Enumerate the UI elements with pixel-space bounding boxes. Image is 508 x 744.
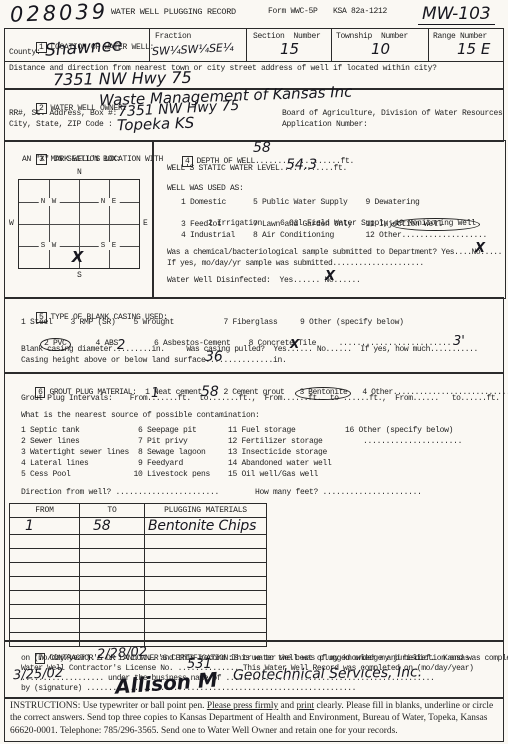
contamination-sources-row3: 3 Watertight sewer lines 8 Sewage lagoon… — [21, 448, 327, 458]
press-firmly-underlined: Please press firmly — [207, 701, 278, 711]
contamination-question: What is the nearest source of possible c… — [21, 411, 260, 421]
compass-west-label: W — [9, 219, 14, 228]
casing-height-line: Casing height above or below land surfac… — [21, 356, 287, 366]
uses-row3: 3 Feedlot 7 Lawn and Garden Only 11 Inje… — [181, 220, 442, 230]
application-number-label: Application Number: — [282, 120, 368, 130]
disinfected-no-mark: X — [325, 270, 335, 283]
board-of-agriculture-label: Board of Agriculture, Division of Water … — [282, 109, 503, 119]
serial-number-handwritten: 028039 — [10, 1, 109, 25]
section2-owner: 2WATER WELL OWNER: Waste Management of K… — [4, 88, 504, 142]
well-id-handwritten: MW-103 — [418, 6, 495, 25]
contamination-sources-row4: 4 Lateral lines 9 Feedyard 14 Abandoned … — [21, 459, 332, 469]
city-state-zip-value: Topeka KS — [117, 116, 195, 134]
grid-se-label: S E — [99, 242, 120, 250]
fraction-value: SW¼SW¼SE¼ — [152, 42, 234, 57]
casing-pulled-how-much-value: 3' — [453, 335, 465, 348]
contractor-signature: Allison M — [114, 669, 218, 696]
instructions-box: INSTRUCTIONS: Use typewriter or ball poi… — [4, 697, 504, 742]
col-materials: PLUGGING MATERIALS — [145, 504, 267, 518]
form-number: Form WWC-5P — [268, 7, 318, 17]
well-location-x-mark: X — [72, 250, 84, 265]
county-label: County: — [9, 48, 41, 58]
plugging-table: FROM TO PLUGGING MATERIALS 1 58 Bentonit… — [9, 503, 267, 647]
table-row — [10, 605, 267, 619]
casing-types-row1: 1 Steel 3 RMP (SR) 5 Wrought 7 Fiberglas… — [21, 318, 404, 328]
record-completed-date-value: 3/25/02 — [13, 667, 64, 683]
contamination-sources-row2: 2 Sewer lines 7 Pit privy 12 Fertilizer … — [21, 437, 462, 447]
contamination-sources-row1: 1 Septic tank 6 Seepage pit 11 Fuel stor… — [21, 426, 453, 436]
plug-completed-date-value: 2/28/02 — [97, 646, 148, 662]
statute-number: KSA 82a-1212 — [333, 7, 387, 17]
table-row — [10, 563, 267, 577]
casing-pulled-yes-mark: X — [290, 338, 299, 350]
well-used-as-label: WELL WAS USED AS: — [167, 184, 244, 194]
address-label: RR#, St. Address, Box #: — [9, 109, 117, 119]
grid-nw-label: N W — [39, 198, 60, 206]
grid-sw-label: S W — [39, 242, 60, 250]
interval-to-value: 58 — [201, 385, 219, 399]
compass-east-label: E — [143, 219, 148, 228]
section4-well-details: 4DEPTH OF WELL...................ft. 58 … — [152, 140, 506, 299]
direction-and-feet-line: Direction from well? ...................… — [21, 488, 422, 498]
section5-casing: 5TYPE OF BLANK CASING USED: 1 Steel 3 RM… — [4, 297, 504, 374]
row1-from-value: 1 — [13, 518, 34, 534]
section1-location: 1LOCATION OF WATER WELL: County: Shawnee… — [4, 28, 504, 90]
row1-to-value: 58 — [83, 518, 110, 534]
col-from: FROM — [10, 504, 80, 518]
business-name-value: Geotechnical Services, Inc. — [233, 665, 422, 682]
water-well-plugging-record-form: 028039 WATER WELL PLUGGING RECORD Form W… — [0, 0, 508, 744]
section3-location-diagram: 3MARK WELL'S LOCATION WITH AN "X" IN SEC… — [4, 140, 154, 299]
uses-row4: 4 Industrial 8 Air Conditioning 12 Other… — [181, 231, 487, 241]
sample-submitted-no-mark: X — [475, 242, 485, 255]
range-number-value: 15 E — [457, 42, 490, 57]
interval-from-value: 1 — [151, 387, 159, 400]
table-row — [10, 577, 267, 591]
col-to: TO — [80, 504, 145, 518]
print-underlined: print — [296, 701, 314, 711]
static-water-level-line: WELL'S STATIC WATER LEVEL............ft. — [167, 164, 347, 174]
contamination-sources-row5: 5 Cess Pool 10 Livestock pens 15 Oil wel… — [21, 470, 318, 480]
row1-materials-value: Bentonite Chips — [148, 518, 256, 534]
form-title: WATER WELL PLUGGING RECORD — [111, 7, 236, 17]
casing-height-value: 36 — [205, 350, 223, 364]
sample-date-line: If yes, mo/day/yr sample was submitted..… — [167, 259, 424, 269]
fraction-label: Fraction — [155, 32, 191, 42]
casing-diameter-value: 2 — [117, 339, 125, 352]
compass-south-label: S — [77, 271, 82, 280]
section6-grout-plug: 6GROUT PLUG MATERIAL: 1 Neat cement 2 Ce… — [4, 372, 504, 642]
instructions-text: INSTRUCTIONS: Use typewriter or ball poi… — [5, 698, 503, 739]
casing-diameter-line: Blank casing diameter.........in. Was ca… — [21, 345, 478, 355]
city-state-zip-label: City, State, ZIP Code : — [9, 120, 113, 130]
plugging-table-header-row: FROM TO PLUGGING MATERIALS — [10, 504, 267, 518]
section3-title-line2: AN "X" IN SECTION BOX: — [22, 155, 121, 165]
table-row: 1 58 Bentonite Chips — [10, 518, 267, 535]
sample-submitted-line: Was a chemical/bacteriological sample su… — [167, 248, 502, 258]
table-row — [10, 535, 267, 549]
table-row — [10, 549, 267, 563]
grout-intervals-line: Grout Plug Intervals: From.......ft. to.… — [21, 394, 500, 404]
distance-value: 7351 NW Hwy 75 — [53, 70, 192, 88]
section-box-grid: N W N E S W S E X — [18, 179, 140, 269]
table-row — [10, 619, 267, 633]
table-row — [10, 591, 267, 605]
depth-value: 58 — [253, 141, 271, 155]
uses-row1: 1 Domestic 5 Public Water Supply 9 Dewat… — [181, 198, 420, 208]
section7-certification: 7CONTRACTOR'S OR LANDOWNER'S CERTIFICATI… — [4, 640, 504, 699]
grid-ne-label: N E — [99, 198, 120, 206]
section-number-value: 15 — [280, 42, 299, 57]
township-number-value: 10 — [371, 42, 390, 57]
compass-north-label: N — [77, 168, 82, 177]
certification-line2: on (mo/day/year)............... and this… — [21, 654, 469, 664]
static-water-level-value: 54.3 — [286, 158, 317, 172]
